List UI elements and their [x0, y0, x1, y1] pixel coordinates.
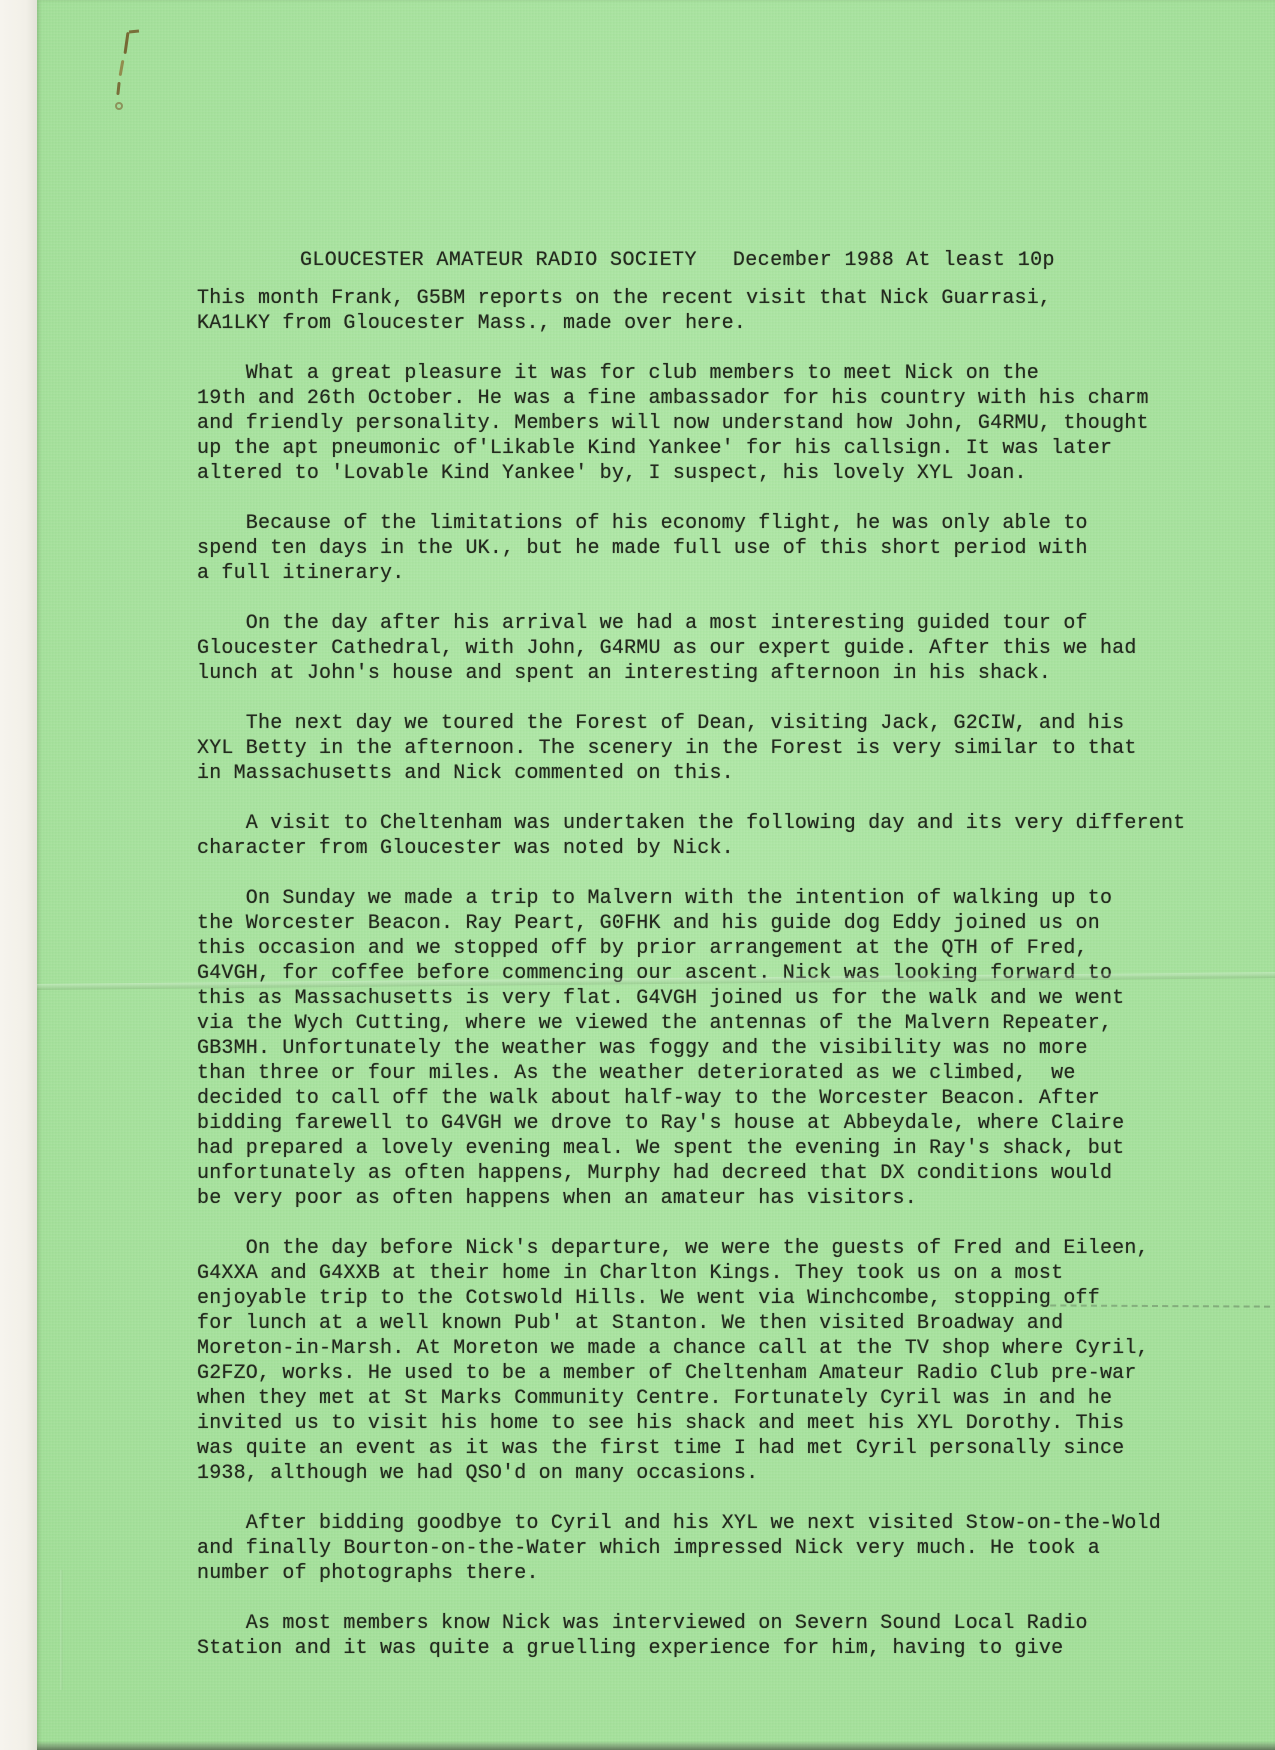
paragraph: As most members know Nick was interviewe…	[197, 1611, 1207, 1661]
typewritten-text-block: GLOUCESTER AMATEUR RADIO SOCIETYDecember…	[197, 248, 1207, 1661]
rust-stroke	[123, 32, 129, 54]
paragraph: On the day after his arrival we had a mo…	[197, 611, 1207, 686]
issue-date: December 1988	[733, 249, 894, 272]
scan-edge-bottom	[37, 1741, 1275, 1750]
rust-stroke	[119, 60, 125, 76]
paragraph: What a great pleasure it was for club me…	[197, 361, 1207, 486]
paragraph: The next day we toured the Forest of Dea…	[197, 711, 1207, 786]
rust-dot	[115, 102, 123, 110]
rust-stroke	[116, 82, 120, 95]
scan-edge-left	[0, 0, 37, 1750]
paragraph: A visit to Cheltenham was undertaken the…	[197, 811, 1207, 861]
rust-stroke	[129, 29, 139, 33]
paragraph: On Sunday we made a trip to Malvern with…	[197, 886, 1207, 1211]
paragraph: After bidding goodbye to Cyril and his X…	[197, 1511, 1207, 1586]
society-name: GLOUCESTER AMATEUR RADIO SOCIETY	[300, 249, 697, 272]
masthead: GLOUCESTER AMATEUR RADIO SOCIETYDecember…	[300, 248, 1207, 273]
scanned-newsletter-page: GLOUCESTER AMATEUR RADIO SOCIETYDecember…	[0, 0, 1275, 1750]
paragraph: Because of the limitations of his econom…	[197, 511, 1207, 586]
staple-rust-mark	[115, 30, 155, 120]
price-note: At least 10p	[906, 249, 1055, 272]
paragraph: This month Frank, G5BM reports on the re…	[197, 286, 1207, 336]
paragraph: On the day before Nick's departure, we w…	[197, 1236, 1207, 1486]
vertical-crease	[60, 1570, 63, 1690]
